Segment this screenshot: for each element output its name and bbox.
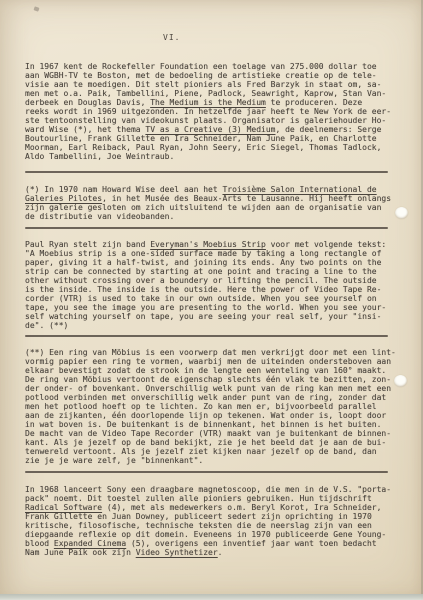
footnote-asterisk: (*) In 1970 nam Howard Wise deel aan het… (25, 185, 397, 221)
separator-line-2 (25, 227, 388, 229)
separator-line-4 (25, 471, 388, 473)
intro-paragraph: In 1967 kent de Rockefeller Foundation e… (25, 62, 397, 161)
footnote-double-asterisk: (**) Een ring van Möbius is een voorwerp… (25, 348, 397, 465)
separator-line-3 (25, 335, 388, 337)
page-number: VI. (163, 33, 180, 42)
sony-paragraph: In 1968 lanceert Sony een draagbare magn… (25, 485, 397, 557)
scan-artifact (33, 6, 39, 11)
punch-hole-top (395, 207, 408, 219)
separator-line-1 (25, 171, 388, 173)
moebius-paragraph: Paul Ryan stelt zijn band Everyman's Moe… (25, 240, 397, 330)
scanned-document-page: VI. In 1967 kent de Rockefeller Foundati… (0, 0, 423, 600)
scan-bottom-edge (0, 594, 423, 600)
punch-hole-bottom (394, 375, 407, 387)
